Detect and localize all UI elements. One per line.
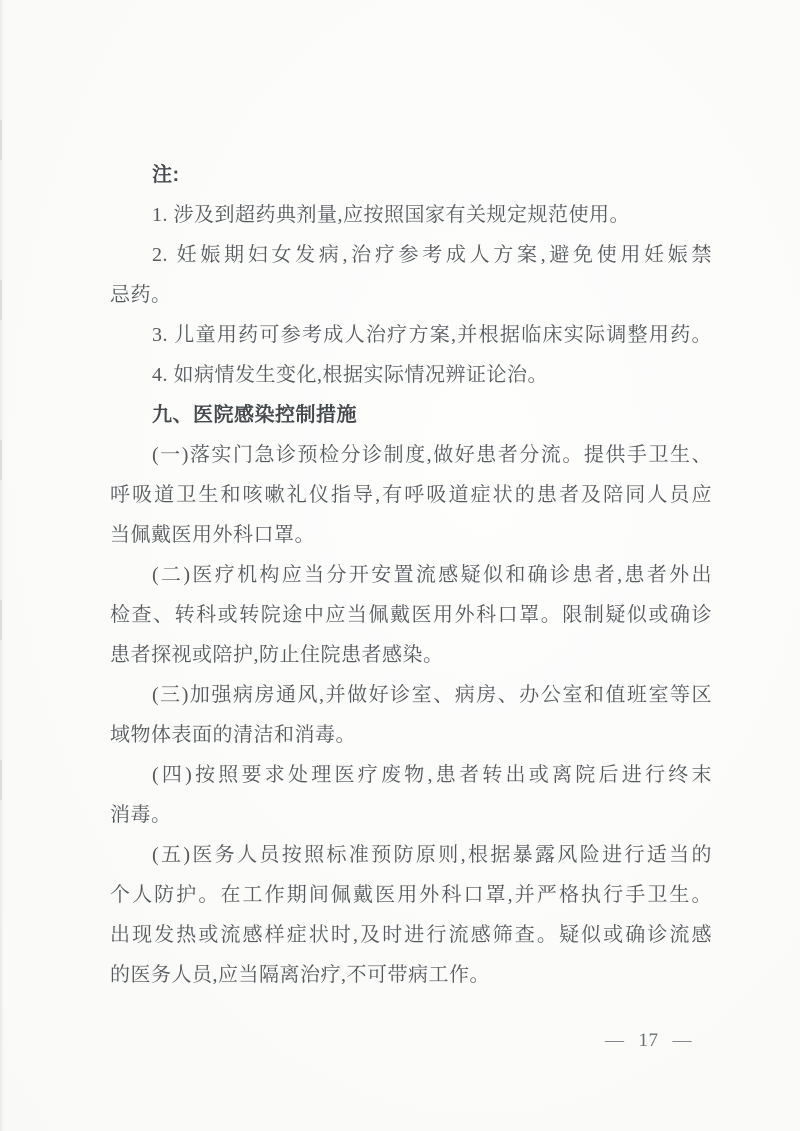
section-9-item-4-line: (四)按照要求处理医疗废物,患者转出或离院后进行终末 <box>110 755 712 795</box>
section-9-item-3: (三)加强病房通风,并做好诊室、病房、办公室和值班室等区域物体表面的清洁和消毒。 <box>110 675 712 755</box>
scan-artifact-smudges <box>0 120 2 820</box>
note-item-2-line: 忌药。 <box>110 275 712 315</box>
section-9-item-2-line: 患者探视或陪护,防止住院患者感染。 <box>110 635 712 675</box>
section-9-item-1-line: 当佩戴医用外科口罩。 <box>110 515 712 555</box>
section-9-item-2-line: 检查、转科或转院途中应当佩戴医用外科口罩。限制疑似或确诊 <box>110 595 712 635</box>
section-9-item-4: (四)按照要求处理医疗废物,患者转出或离院后进行终末消毒。 <box>110 755 712 835</box>
document-body: 注:1. 涉及到超药典剂量,应按照国家有关规定规范使用。2. 妊娠期妇女发病,治… <box>110 155 712 995</box>
section-9-item-3-line: (三)加强病房通风,并做好诊室、病房、办公室和值班室等区 <box>110 675 712 715</box>
page-number: 17 <box>639 1030 659 1051</box>
section-9-heading-line: 九、医院感染控制措施 <box>110 395 712 435</box>
section-9-item-2: (二)医疗机构应当分开安置流感疑似和确诊患者,患者外出检查、转科或转院途中应当佩… <box>110 555 712 675</box>
section-9-item-2-line: (二)医疗机构应当分开安置流感疑似和确诊患者,患者外出 <box>110 555 712 595</box>
section-9-item-5-line: 出现发热或流感样症状时,及时进行流感筛查。疑似或确诊流感 <box>110 915 712 955</box>
note-item-1-line: 1. 涉及到超药典剂量,应按照国家有关规定规范使用。 <box>110 195 712 235</box>
section-9-item-1-line: 呼吸道卫生和咳嗽礼仪指导,有呼吸道症状的患者及陪同人员应 <box>110 475 712 515</box>
document-page: 注:1. 涉及到超药典剂量,应按照国家有关规定规范使用。2. 妊娠期妇女发病,治… <box>0 0 800 1131</box>
note-item-2: 2. 妊娠期妇女发病,治疗参考成人方案,避免使用妊娠禁忌药。 <box>110 235 712 315</box>
section-9-heading: 九、医院感染控制措施 <box>110 395 712 435</box>
note-item-4-line: 4. 如病情发生变化,根据实际情况辨证论治。 <box>110 355 712 395</box>
section-9-item-3-line: 域物体表面的清洁和消毒。 <box>110 715 712 755</box>
section-9-item-4-line: 消毒。 <box>110 795 712 835</box>
section-9-item-5-line: 个人防护。在工作期间佩戴医用外科口罩,并严格执行手卫生。 <box>110 875 712 915</box>
note-heading: 注: <box>110 155 712 195</box>
section-9-item-1-line: (一)落实门急诊预检分诊制度,做好患者分流。提供手卫生、 <box>110 435 712 475</box>
page-footer: —17— <box>605 1029 692 1053</box>
note-item-3-line: 3. 儿童用药可参考成人治疗方案,并根据临床实际调整用药。 <box>110 315 712 355</box>
section-9-item-1: (一)落实门急诊预检分诊制度,做好患者分流。提供手卫生、呼吸道卫生和咳嗽礼仪指导… <box>110 435 712 555</box>
note-item-2-line: 2. 妊娠期妇女发病,治疗参考成人方案,避免使用妊娠禁 <box>110 235 712 275</box>
note-item-3: 3. 儿童用药可参考成人治疗方案,并根据临床实际调整用药。 <box>110 315 712 355</box>
footer-left-dash: — <box>605 1030 625 1051</box>
section-9-item-5: (五)医务人员按照标准预防原则,根据暴露风险进行适当的个人防护。在工作期间佩戴医… <box>110 835 712 995</box>
section-9-item-5-line: 的医务人员,应当隔离治疗,不可带病工作。 <box>110 955 712 995</box>
note-item-1: 1. 涉及到超药典剂量,应按照国家有关规定规范使用。 <box>110 195 712 235</box>
note-item-4: 4. 如病情发生变化,根据实际情况辨证论治。 <box>110 355 712 395</box>
note-heading-line: 注: <box>110 155 712 195</box>
section-9-item-5-line: (五)医务人员按照标准预防原则,根据暴露风险进行适当的 <box>110 835 712 875</box>
footer-right-dash: — <box>673 1030 693 1051</box>
